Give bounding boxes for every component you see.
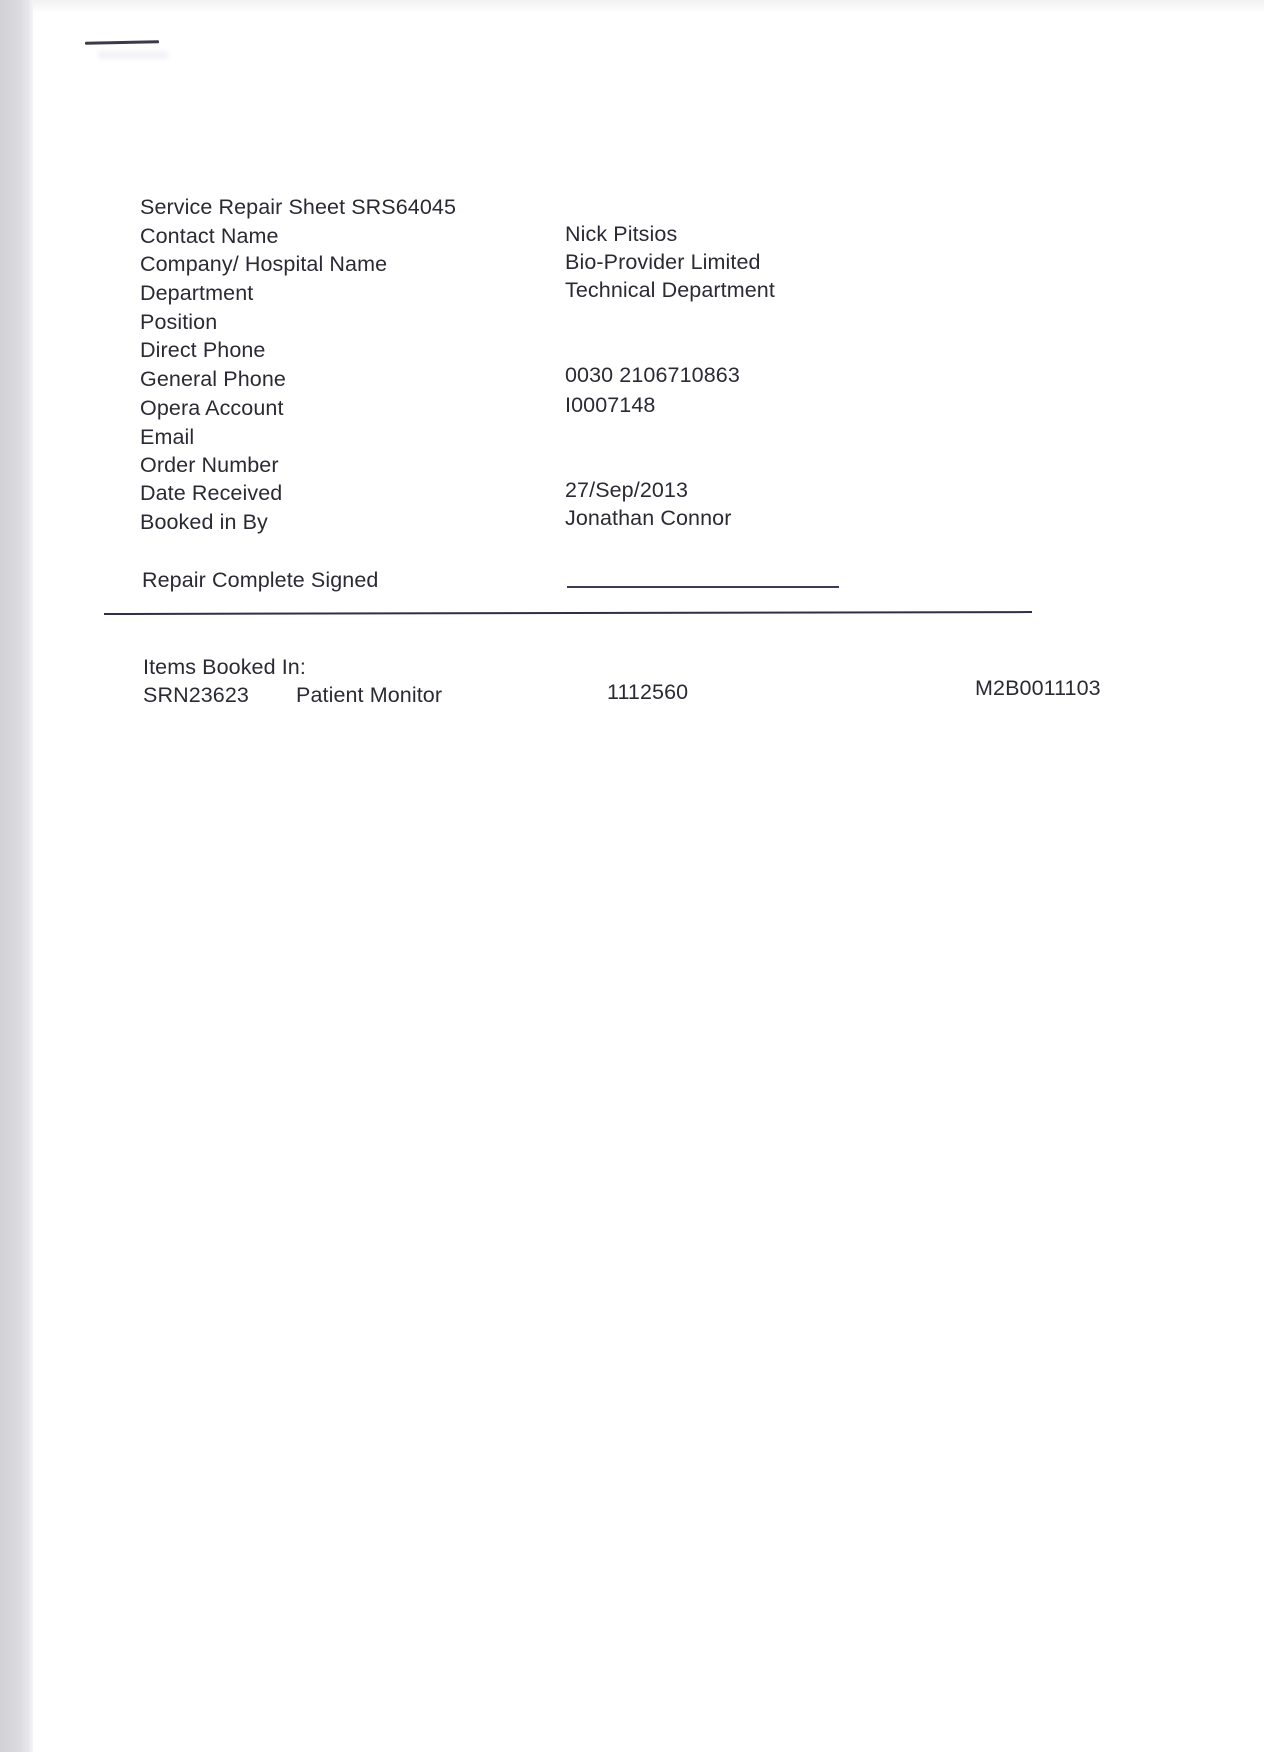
document-title: Service Repair Sheet SRS64045 (140, 194, 456, 220)
label-position: Position (140, 309, 217, 335)
label-department: Department (140, 280, 253, 306)
label-repair-complete-signed: Repair Complete Signed (142, 567, 378, 593)
item-description: Patient Monitor (296, 682, 442, 708)
label-company-hospital-name: Company/ Hospital Name (140, 251, 387, 277)
value-department: Technical Department (565, 277, 775, 303)
label-email: Email (140, 424, 194, 450)
item-model-number: M2B0011103 (975, 675, 1101, 701)
corner-dash-mark (85, 40, 159, 45)
value-date-received: 27/Sep/2013 (565, 477, 688, 503)
corner-mark-ghost (98, 51, 168, 59)
label-date-received: Date Received (140, 480, 282, 506)
items-booked-in-header: Items Booked In: (143, 654, 306, 680)
label-general-phone: General Phone (140, 366, 286, 392)
label-order-number: Order Number (140, 452, 279, 478)
scan-top-shadow (33, 0, 1264, 14)
value-opera-account: I0007148 (565, 392, 655, 418)
item-serial-number: 1112560 (607, 679, 688, 705)
label-direct-phone: Direct Phone (140, 337, 266, 363)
value-booked-in-by: Jonathan Connor (565, 505, 731, 531)
label-contact-name: Contact Name (140, 223, 279, 249)
value-general-phone: 0030 2106710863 (565, 362, 740, 388)
value-contact-name: Nick Pitsios (565, 221, 677, 247)
signature-line (567, 586, 839, 588)
value-company-hospital-name: Bio-Provider Limited (565, 249, 761, 275)
label-opera-account: Opera Account (140, 395, 284, 421)
item-srn: SRN23623 (143, 682, 249, 708)
scan-edge-line (26, 0, 29, 1752)
section-divider (104, 611, 1032, 615)
label-booked-in-by: Booked in By (140, 509, 268, 535)
